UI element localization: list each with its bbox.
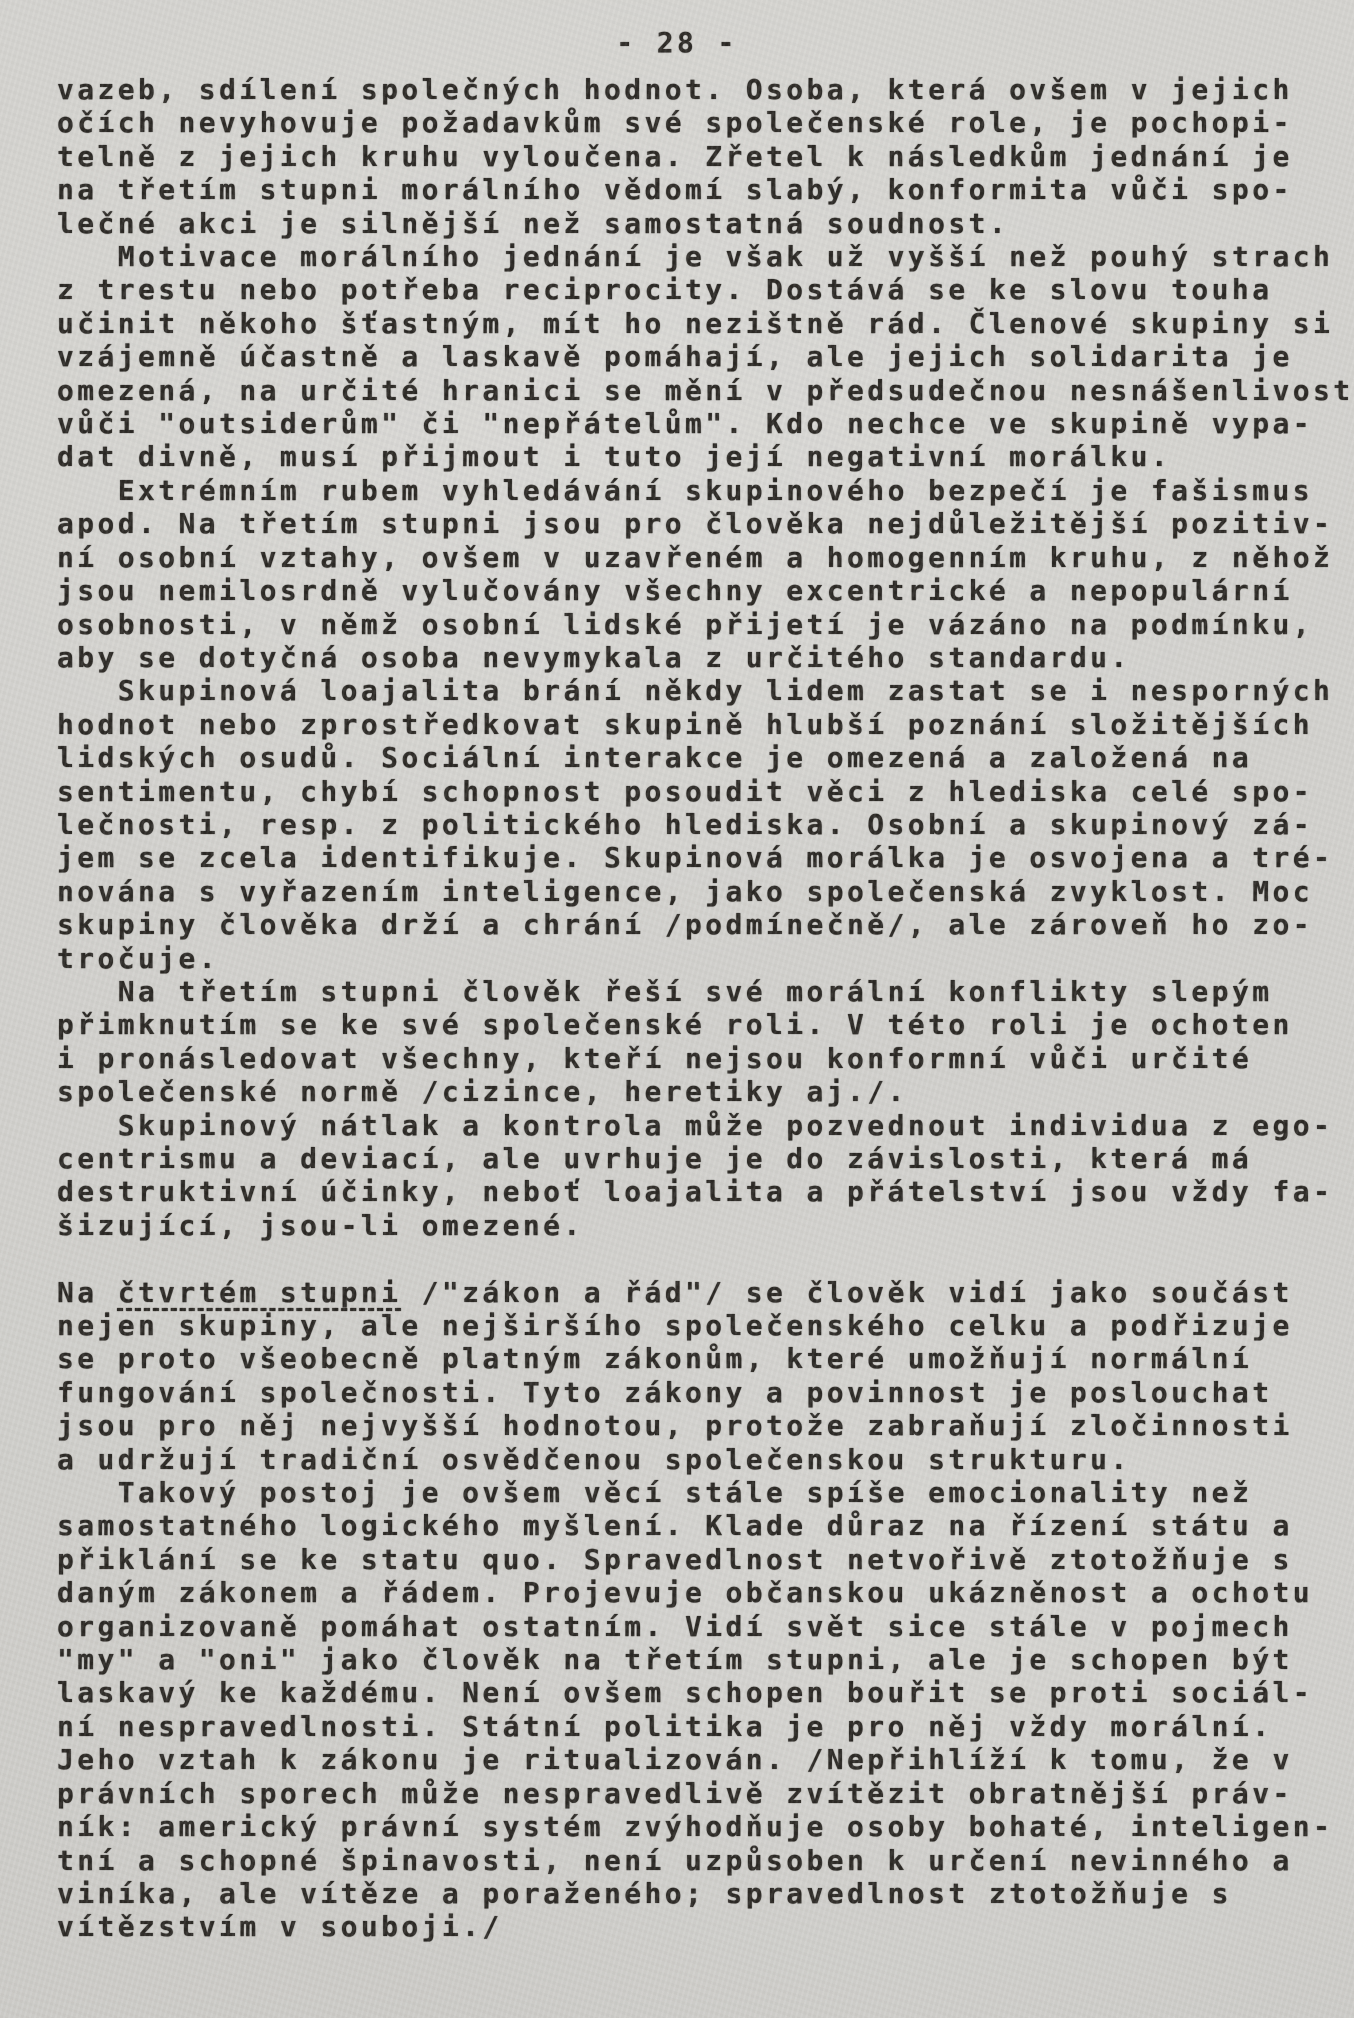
paragraph-motivation: Motivace morálního jednání je však už vy… [57,240,1354,474]
paragraph-group-loyalty: Skupinová loajalita brání někdy lidem za… [57,674,1354,975]
paragraph-fourth-stage: Na čtvrtém stupni /"zákon a řád"/ se člo… [57,1276,1354,1476]
fourth-stage-prefix: Na [57,1276,118,1309]
page-number: - 28 - [0,26,1354,59]
paragraph-shared-values: vazeb, sdílení společných hodnot. Osoba,… [57,73,1354,240]
paragraph-extreme-flip: Extrémním rubem vyhledávání skupinového … [57,474,1354,674]
document-page: - 28 - vazeb, sdílení společných hodnot.… [0,0,1354,2018]
paragraph-group-pressure: Skupinový nátlak a kontrola může pozvedn… [57,1109,1354,1243]
fourth-stage-underlined-phrase: čtvrtém stupni [118,1276,402,1309]
paragraph-third-stage-conflicts: Na třetím stupni člověk řeší své morální… [57,975,1354,1109]
paragraph-such-attitude: Takový postoj je ovšem věcí stále spíše … [57,1476,1354,1944]
page-body: vazeb, sdílení společných hodnot. Osoba,… [57,73,1354,1944]
